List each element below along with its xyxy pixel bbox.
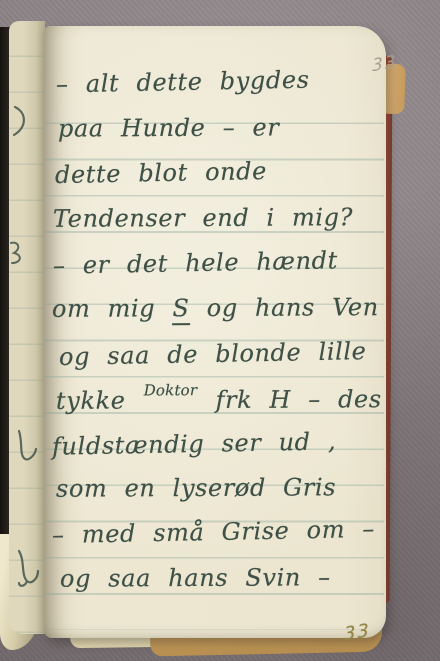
- inserted-word: Doktor: [144, 381, 198, 399]
- ink-fragment: [11, 105, 33, 137]
- handwriting-line: Tendenser end i mig?: [53, 205, 353, 231]
- handwriting-line: dette blot onde: [55, 159, 267, 187]
- left-page-edge: [9, 21, 45, 634]
- handwriting-line: tykke Doktor frk H – des: [56, 387, 382, 413]
- handwriting-line: – med små Grise om –: [52, 517, 375, 547]
- page-number-bottom: 33: [344, 620, 372, 645]
- handwriting-line: – er det hele hændt: [53, 248, 338, 277]
- handwriting-line: paa Hunde – er: [58, 115, 279, 140]
- handwriting-line: om mig S og hans Ven: [52, 295, 379, 321]
- handwriting-line: fuldstændig ser ud ,: [52, 429, 337, 458]
- ink-fragment: [9, 239, 29, 265]
- background-fabric: 33 – alt dette bygdes paa Hunde – er det…: [0, 0, 440, 661]
- handwriting-line: og saa de blonde lille: [59, 339, 367, 369]
- handwriting-line: – alt dette bygdes: [56, 68, 310, 97]
- ink-fragment: [15, 429, 39, 463]
- underlined-initial: S: [172, 294, 189, 325]
- handwriting-line: som en lyserød Gris: [56, 475, 336, 500]
- notebook-page: 33 – alt dette bygdes paa Hunde – er det…: [44, 26, 386, 638]
- handwriting-line: og saa hans Svin –: [60, 565, 331, 590]
- ink-fragment: [15, 549, 41, 589]
